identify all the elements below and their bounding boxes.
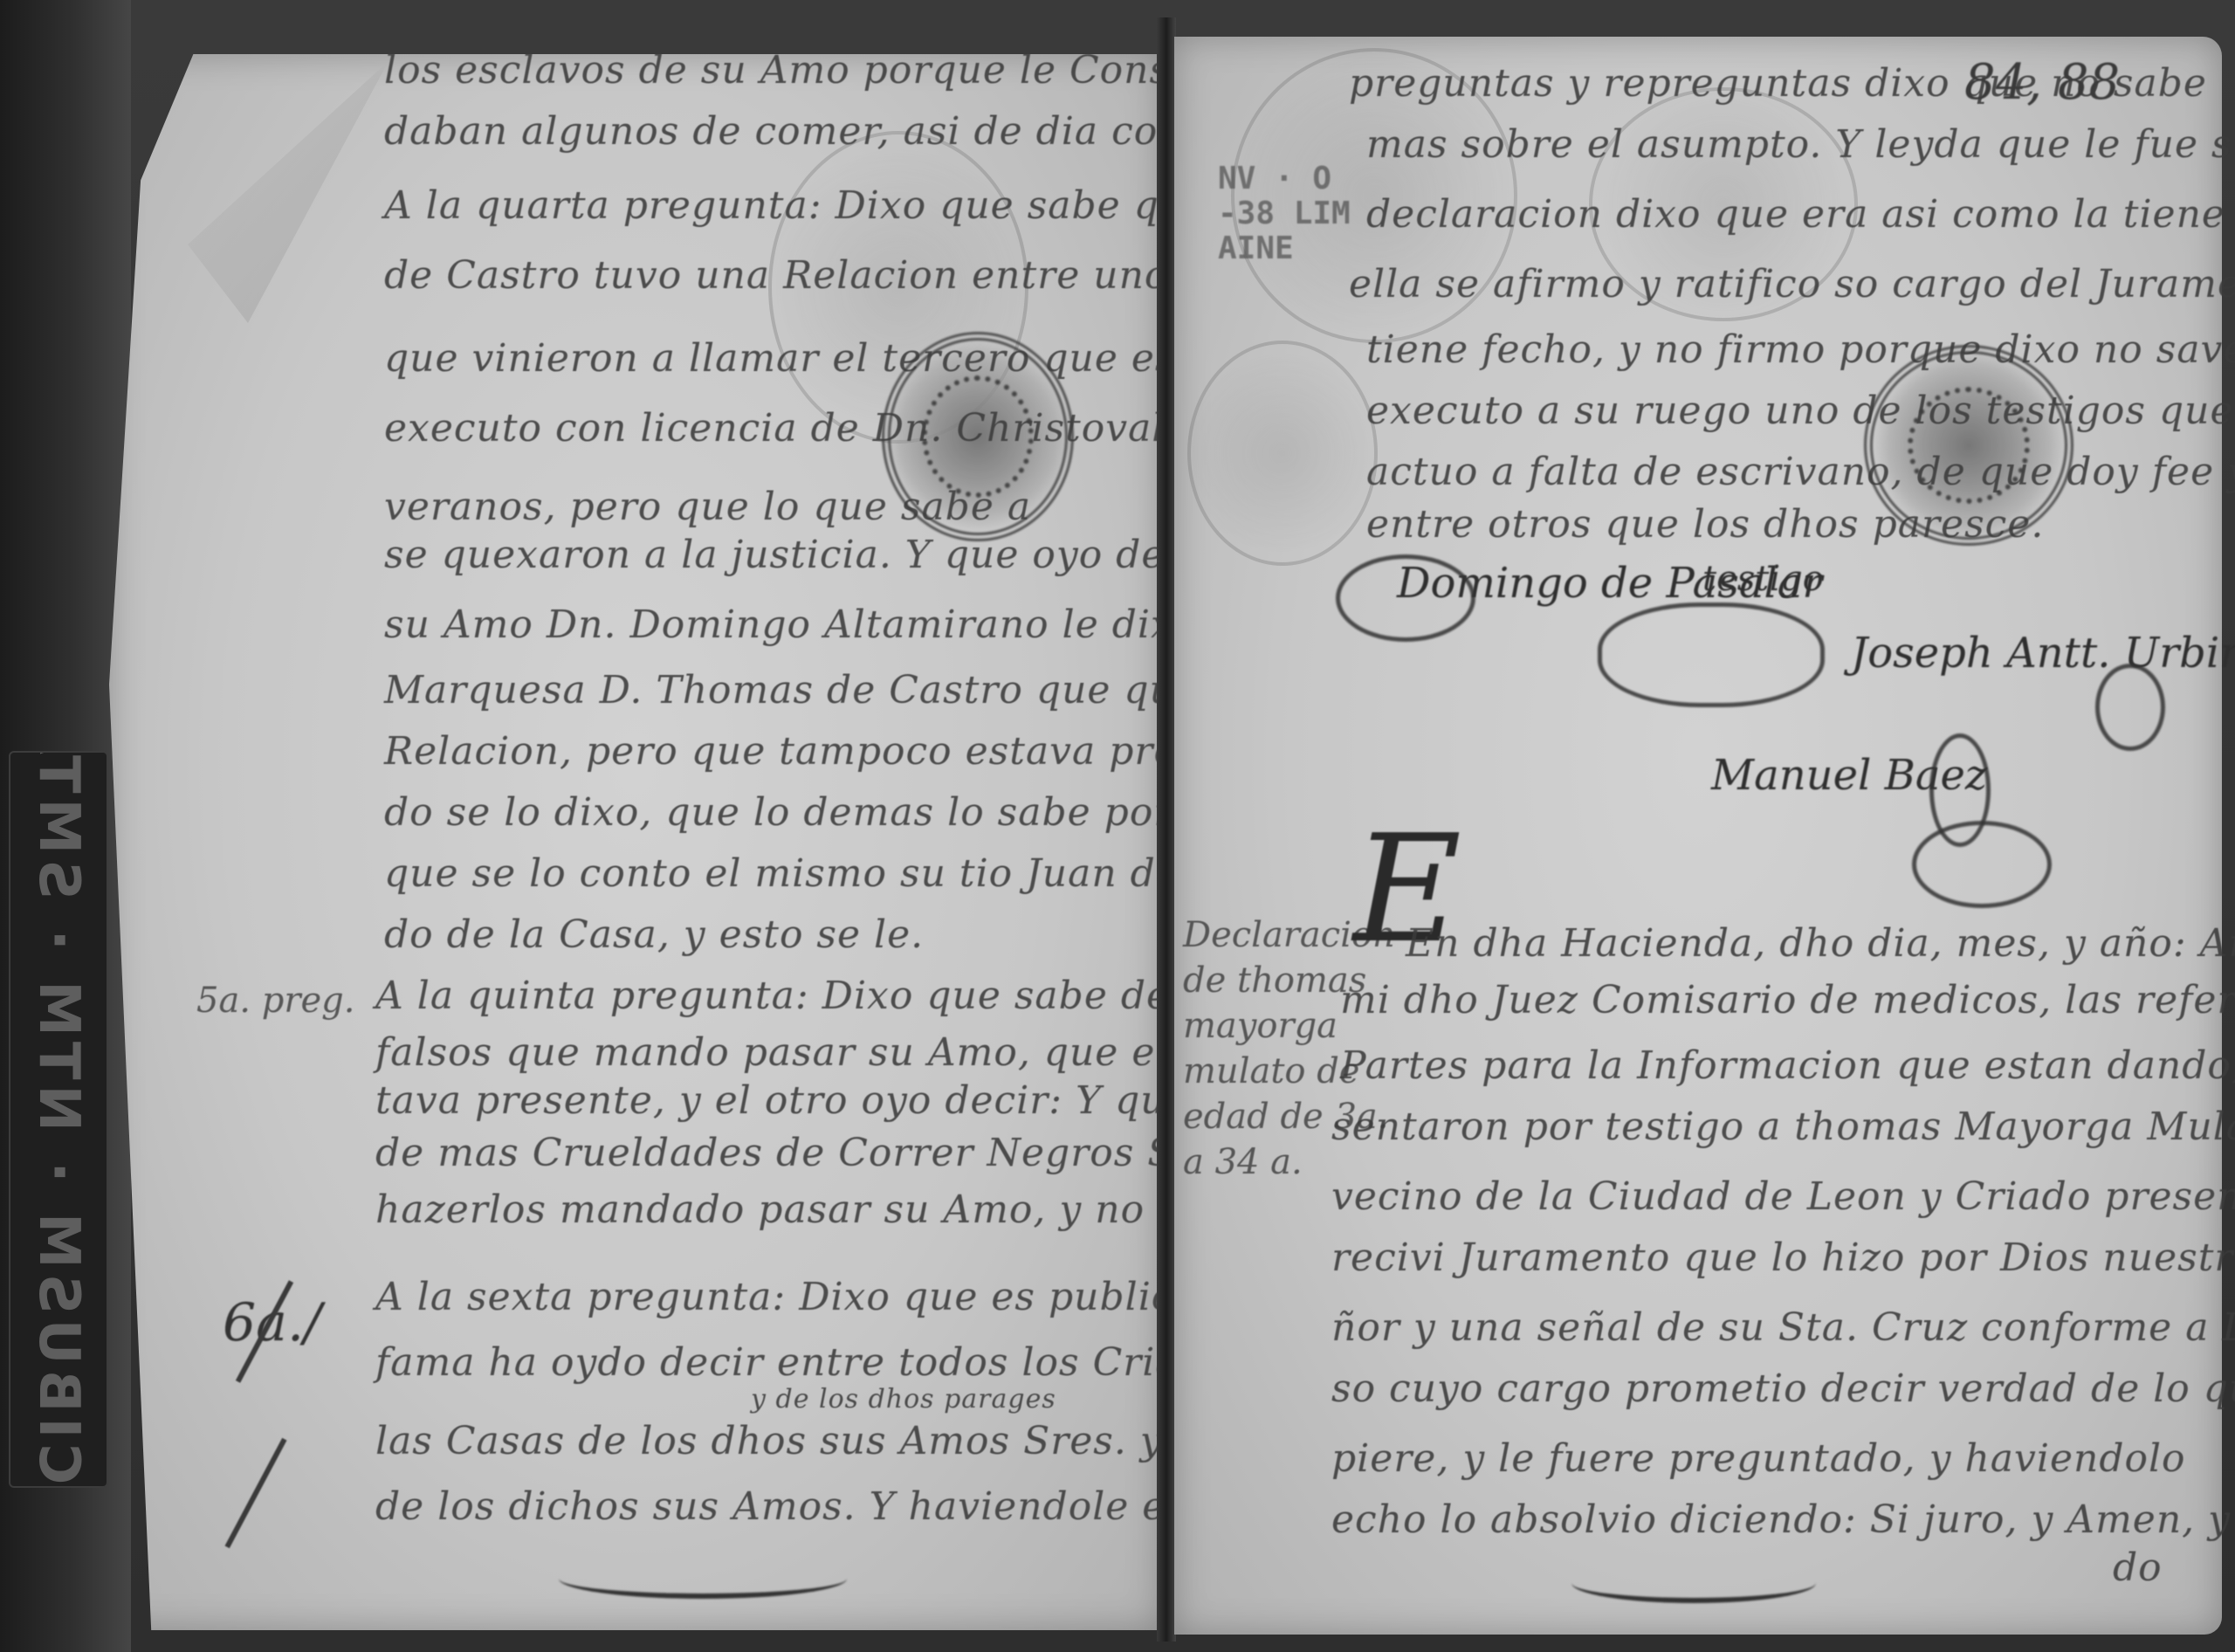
- left-lower-line-5: hazerlos mandado pasar su Amo, y no sabe: [375, 1187, 1251, 1232]
- right-line-8: entre otros que los dhos paresce.: [1366, 502, 2044, 547]
- left-line-12: do se lo dixo, que lo demas lo sabe por: [384, 790, 1173, 835]
- right-line-3: declaracion dixo que era asi como la tie…: [1366, 192, 2235, 237]
- declaration-line-7: ñor y una señal de su Sta. Cruz conforme…: [1331, 1305, 2235, 1350]
- left-line-14: do de la Casa, y esto se le.: [384, 912, 924, 957]
- declaration-line-6: recivi Juramento que lo hizo por Dios nu…: [1331, 1236, 2235, 1280]
- declaration-line-3: Partes para la Informacion que estan dan…: [1340, 1043, 2235, 1088]
- right-line-5: tiene fecho, y no firmo porque dixo no s…: [1366, 327, 2235, 372]
- declaration-line-4: sentaron por testigo a thomas Mayorga Mu…: [1331, 1105, 2235, 1149]
- printed-stamp-text: NV · O -38 LIM AINE: [1218, 162, 1351, 266]
- right-line-1: preguntas y repreguntas dixo que no sabe: [1349, 61, 2207, 106]
- left-line-6: executo con licencia de Dn. Christoval: [384, 406, 1165, 451]
- signature-rubric: [1912, 821, 2052, 908]
- right-line-4: ella se afirmo y ratifico so cargo del J…: [1349, 262, 2235, 306]
- right-line-7: actuo a falta de escrivano, de que doy f…: [1366, 450, 2235, 494]
- declaration-line-9: piere, y le fuere preguntado, y haviendo…: [1331, 1436, 2186, 1481]
- stamp-text-line: AINE: [1218, 231, 1351, 266]
- signature-rubric: [2095, 664, 2165, 751]
- signature-role-testigo: testigo: [1702, 559, 1824, 599]
- declaration-line-5: vecino de la Ciudad de Leon y Criado pre…: [1331, 1174, 2235, 1219]
- faded-seal-impression: [1187, 341, 1378, 566]
- closing-flourish: [1571, 1563, 1816, 1603]
- left-line-9: su Amo Dn. Domingo Altamirano le dixo a …: [384, 602, 1284, 647]
- left-line-7: veranos, pero que lo que sabe a: [384, 485, 1031, 529]
- left-line-5: que vinieron a llamar el tercero que est…: [384, 336, 1265, 381]
- stamp-text-line: -38 LIM: [1218, 196, 1351, 231]
- declaration-line-10: echo lo absolvio diciendo: Si juro, y Am…: [1331, 1497, 2235, 1542]
- right-line-6: executo a su ruego uno de los testigos q…: [1366, 389, 2235, 433]
- stamp-text-line: NV · O: [1218, 162, 1351, 196]
- interlinear-insertion: y de los dhos parages: [751, 1384, 1056, 1415]
- signature-joseph-urbina: Joseph Antt. Urbina: [1851, 629, 2235, 678]
- signature-rubric: [1598, 602, 1825, 707]
- declaration-line-1: En dha Hacienda, dho dia, mes, y año: An…: [1406, 921, 2235, 966]
- right-line-2: mas sobre el asumpto. Y leyda que le fue…: [1366, 122, 2235, 167]
- catchword: do: [2113, 1545, 2163, 1590]
- declaration-line-8: so cuyo cargo prometio decir verdad de l…: [1331, 1366, 2235, 1411]
- page-gutter: [1157, 17, 1176, 1642]
- spine-label-text: ZACIBUSM · NTM · SMTAZ: [26, 751, 91, 1488]
- signature-rubric: [1336, 554, 1475, 642]
- margin-note-5: 5a. preg.: [196, 978, 354, 1023]
- spine-label: ZACIBUSM · NTM · SMTAZ: [9, 751, 108, 1488]
- left-line-8: se quexaron a la justicia. Y que oyo dec…: [384, 533, 1220, 577]
- declaration-line-2: mi dho Juez Comisario de medicos, las re…: [1340, 978, 2235, 1022]
- closing-flourish: [559, 1559, 847, 1599]
